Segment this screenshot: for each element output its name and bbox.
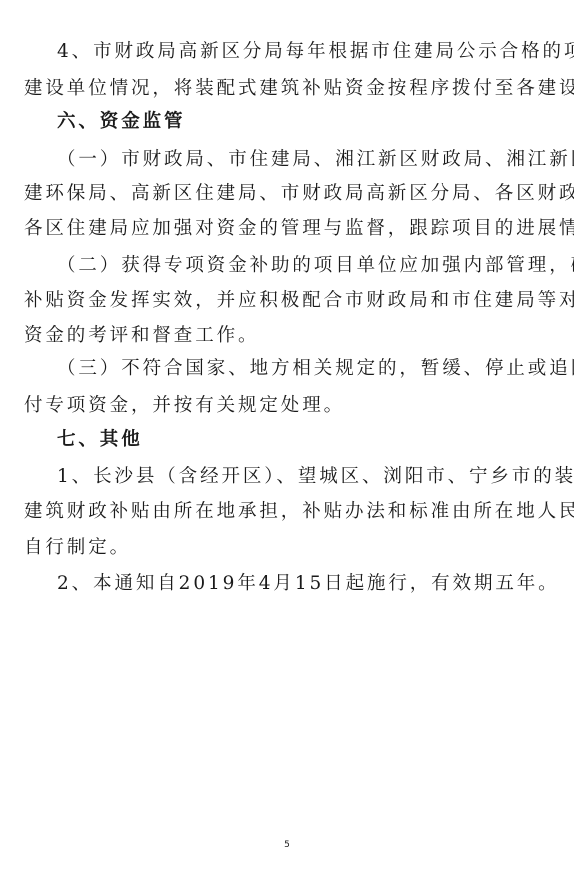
- paragraph-line: 4、市财政局高新区分局每年根据市住建局公示合格的项目及: [57, 40, 574, 64]
- paragraph-line: 资金的考评和督查工作。: [24, 324, 574, 348]
- section-heading: 七、其他: [57, 428, 574, 452]
- page-number: 5: [0, 840, 574, 850]
- paragraph-line: （二）获得专项资金补助的项目单位应加强内部管理，确保: [57, 254, 574, 278]
- paragraph-line: 建设单位情况，将装配式建筑补贴资金按程序拨付至各建设单位。: [24, 77, 574, 101]
- paragraph-line: 各区住建局应加强对资金的管理与监督，跟踪项目的进展情况。: [24, 217, 574, 241]
- paragraph-line: 付专项资金，并按有关规定处理。: [24, 394, 574, 418]
- paragraph-line: （一）市财政局、市住建局、湘江新区财政局、湘江新区住: [57, 148, 574, 172]
- paragraph-line: 建筑财政补贴由所在地承担，补贴办法和标准由所在地人民政府: [24, 500, 574, 524]
- paragraph-line: 自行制定。: [24, 536, 574, 560]
- paragraph-line: （三）不符合国家、地方相关规定的，暂缓、停止或追回拨: [57, 357, 574, 381]
- paragraph-line: 建环保局、高新区住建局、市财政局高新区分局、各区财政局、: [24, 182, 574, 206]
- section-heading: 六、资金监管: [57, 110, 574, 134]
- paragraph-line: 2、本通知自2019年4月15日起施行，有效期五年。: [57, 572, 574, 596]
- paragraph-line: 1、长沙县（含经开区）、望城区、浏阳市、宁乡市的装配式: [57, 465, 574, 489]
- paragraph-line: 补贴资金发挥实效，并应积极配合市财政局和市住建局等对专项: [24, 289, 574, 313]
